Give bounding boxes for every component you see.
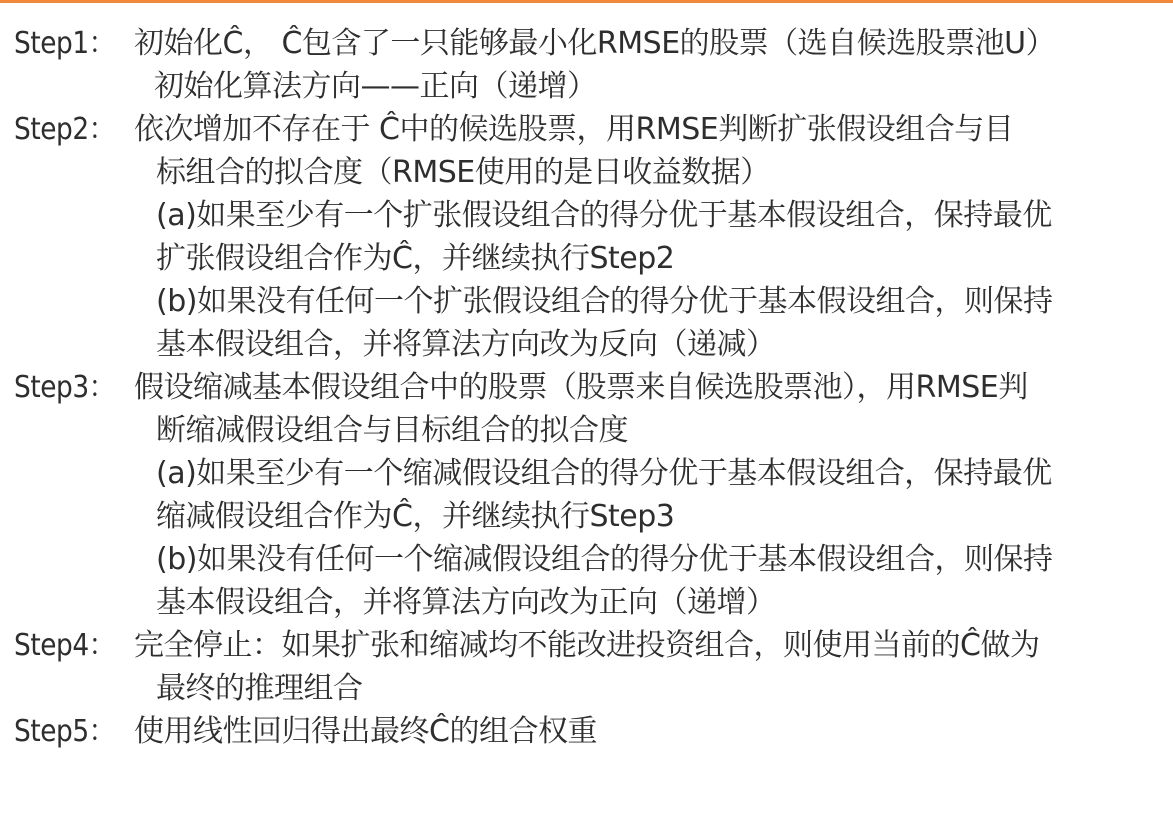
step2-substep-b-line-1: (b)如果没有任何一个扩张假设组合的得分优于基本假设组合，则保持	[14, 280, 1164, 323]
step5-label: Step5：	[14, 710, 120, 753]
step5-text: 使用线性回归得出最终Ĉ的组合权重	[134, 714, 597, 749]
step3-substep-b-line-1: (b)如果没有任何一个缩减假设组合的得分优于基本假设组合，则保持	[14, 538, 1164, 581]
step3-substep-a-line-1: (a)如果至少有一个缩减假设组合的得分优于基本假设组合，保持最优	[14, 452, 1164, 495]
step2-line-1: Step2：依次增加不存在于 Ĉ中的候选股票，用RMSE判断扩张假设组合与目	[14, 108, 1164, 151]
step1-line-1: Step1：初始化Ĉ， Ĉ包含了一只能够最小化RMSE的股票（选自候选股票池U）	[14, 22, 1164, 65]
step2-line-2: 标组合的拟合度（RMSE使用的是日收益数据）	[14, 151, 1164, 194]
step3-line-2: 断缩减假设组合与目标组合的拟合度	[14, 409, 1164, 452]
algorithm-steps-document: Step1：初始化Ĉ， Ĉ包含了一只能够最小化RMSE的股票（选自候选股票池U）…	[14, 22, 1164, 753]
step4-line-2: 最终的推理组合	[14, 667, 1164, 710]
step3-text: 假设缩减基本假设组合中的股票（股票来自候选股票池），用RMSE判	[134, 370, 1028, 405]
step3-line-1: Step3：假设缩减基本假设组合中的股票（股票来自候选股票池），用RMSE判	[14, 366, 1164, 409]
step3-label: Step3：	[14, 366, 120, 409]
step2-substep-a-line-2: 扩张假设组合作为Ĉ，并继续执行Step2	[14, 237, 1164, 280]
step1-label: Step1：	[14, 22, 120, 65]
step2-substep-b-line-2: 基本假设组合，并将算法方向改为反向（递减）	[14, 323, 1164, 366]
top-accent-border	[0, 0, 1173, 3]
step1-line-2: 初始化算法方向——正向（递增）	[14, 65, 1164, 108]
step3-substep-a-line-2: 缩减假设组合作为Ĉ，并继续执行Step3	[14, 495, 1164, 538]
step1-text: 初始化Ĉ， Ĉ包含了一只能够最小化RMSE的股票（选自候选股票池U）	[134, 26, 1055, 61]
step2-label: Step2：	[14, 108, 120, 151]
step2-text: 依次增加不存在于 Ĉ中的候选股票，用RMSE判断扩张假设组合与目	[134, 112, 1013, 147]
step3-substep-b-line-2: 基本假设组合，并将算法方向改为正向（递增）	[14, 581, 1164, 624]
step4-line-1: Step4：完全停止：如果扩张和缩减均不能改进投资组合，则使用当前的Ĉ做为	[14, 624, 1164, 667]
step4-text: 完全停止：如果扩张和缩减均不能改进投资组合，则使用当前的Ĉ做为	[134, 628, 1039, 663]
step4-label: Step4：	[14, 624, 120, 667]
step2-substep-a-line-1: (a)如果至少有一个扩张假设组合的得分优于基本假设组合，保持最优	[14, 194, 1164, 237]
step5-line-1: Step5：使用线性回归得出最终Ĉ的组合权重	[14, 710, 1164, 753]
